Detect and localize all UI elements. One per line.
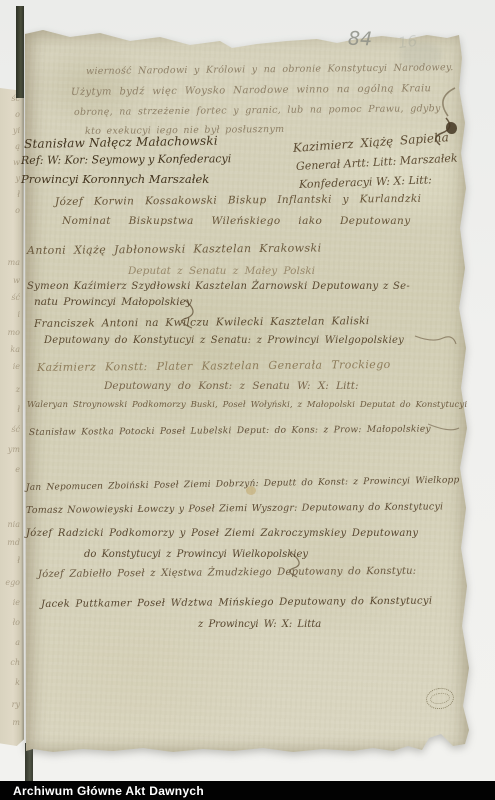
archive-caption: Archiwum Główne Akt Dawnych: [13, 784, 204, 798]
faint-pencil-mark: 16: [397, 32, 418, 52]
margin-text-fragment: ym: [0, 445, 20, 454]
page-number: 84: [348, 28, 373, 51]
margin-text-fragment: k: [0, 678, 20, 687]
margin-text-fragment: ry: [0, 700, 20, 709]
margin-text-fragment: yi: [0, 126, 20, 135]
margin-text-fragment: a: [0, 638, 20, 647]
margin-text-fragment: nia: [0, 520, 20, 529]
manuscript-page: [25, 28, 470, 755]
margin-text-fragment: ch: [0, 658, 20, 667]
margin-text-fragment: mo: [0, 328, 20, 337]
archive-oval-stamp-inner: [429, 692, 450, 706]
margin-text-fragment: i: [0, 310, 20, 319]
margin-text-fragment: md: [0, 538, 20, 547]
margin-text-fragment: ie: [0, 362, 20, 371]
margin-text-fragment: ł: [0, 405, 20, 414]
adjacent-page-edge: mśćoyiąwyłomawśćimokaiezłśćymeniamdłegoi…: [0, 88, 24, 746]
margin-text-fragment: ł: [0, 556, 20, 565]
margin-text-fragment: m: [0, 718, 20, 727]
margin-text-fragment: ie: [0, 598, 20, 607]
manuscript-page-wrap: [25, 28, 470, 755]
margin-text-fragment: ść: [0, 425, 20, 434]
margin-text-fragment: ego: [0, 578, 20, 587]
margin-text-fragment: y: [0, 174, 20, 183]
archive-caption-bar: Archiwum Główne Akt Dawnych: [0, 781, 495, 800]
margin-text-fragment: ść: [0, 293, 20, 302]
margin-text-fragment: w: [0, 158, 20, 167]
margin-text-fragment: ło: [0, 618, 20, 627]
margin-text-fragment: e: [0, 465, 20, 474]
margin-text-fragment: ł: [0, 190, 20, 199]
paper-stain: [246, 486, 256, 495]
margin-text-fragment: w: [0, 276, 20, 285]
margin-text-fragment: z: [0, 385, 20, 394]
margin-text-fragment: ą: [0, 142, 20, 151]
margin-text-fragment: o: [0, 206, 20, 215]
ink-blot: [446, 122, 457, 134]
binding-tape-top: [16, 6, 24, 98]
margin-text-fragment: o: [0, 110, 20, 119]
paper-shading: [25, 28, 470, 755]
margin-text-fragment: ka: [0, 345, 20, 354]
margin-text-fragment: ma: [0, 258, 20, 267]
scanned-manuscript-view: mśćoyiąwyłomawśćimokaiezłśćymeniamdłegoi…: [0, 0, 495, 800]
